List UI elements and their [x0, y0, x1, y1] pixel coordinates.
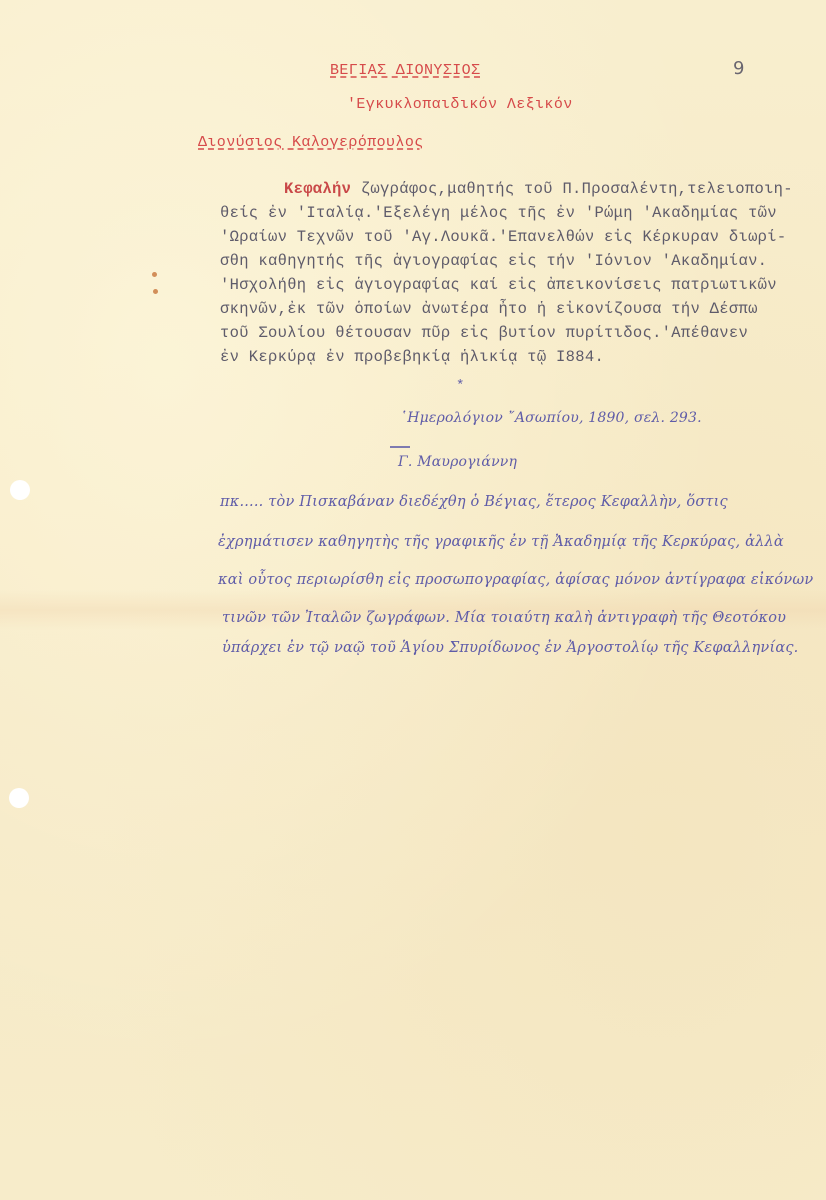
typed-line: Κεφαλήν ζωγράφος,μαθητής τοῦ Π.Προσαλέντ… — [284, 180, 793, 198]
line-text: ζωγράφος,μαθητής τοῦ Π.Προσαλέντη,τελειο… — [351, 180, 793, 198]
source-heading: 'Εγκυκλοπαιδικόν Λεξικόν — [347, 96, 573, 113]
subject-name: Διονύσιος Καλογερόπουλος — [198, 134, 424, 151]
handwritten-line: καὶ οὗτος περιωρίσθη εἰς προσωπογραφίας,… — [218, 572, 813, 588]
typed-line: 'Ωραίων Τεχνῶν τοῦ 'Αγ.Λουκᾶ.'Επανελθών … — [220, 228, 787, 246]
page-number: 9 — [733, 58, 744, 79]
separator-asterisk: * — [456, 378, 464, 394]
rust-stain-dot — [153, 289, 158, 294]
document-page: ΒΕΓΙΑΣ ΔΙΟΝΥΣΙΟΣ 9 'Εγκυκλοπαιδικόν Λεξι… — [0, 0, 826, 1200]
highlighted-word: Κεφαλήν — [284, 180, 351, 198]
handwritten-line: πκ..... τὸν Πισκαβάναν διεδέχθη ὁ Βέγιας… — [220, 494, 728, 510]
typed-line: ἐν Κερκύρᾳ ἐν προβεβηκίᾳ ἡλικίᾳ τῷ I884. — [220, 348, 604, 366]
rust-stain-dot — [152, 272, 157, 277]
citation-author: Γ. Μαυρογιάννη — [398, 454, 517, 470]
handwritten-line: ἐχρημάτισεν καθηγητὴς τῆς γραφικῆς ἐν τῇ… — [218, 534, 784, 550]
typed-line: σκηνῶν,ἐκ τῶν ὁποίων ἀνωτέρα ἦτο ἡ εἰκον… — [220, 300, 758, 318]
author-heading: ΒΕΓΙΑΣ ΔΙΟΝΥΣΙΟΣ — [330, 62, 480, 79]
punch-hole-bottom — [9, 788, 29, 808]
handwritten-line: ὑπάρχει ἐν τῷ ναῷ τοῦ Ἁγίου Σπυρίδωνος ἐ… — [222, 640, 798, 656]
handwritten-line: τινῶν τῶν Ἰταλῶν ζωγράφων. Μία τοιαύτη κ… — [222, 610, 786, 626]
typed-line: τοῦ Σουλίου θέτουσαν πῦρ εἰς βυτίον πυρί… — [220, 324, 748, 342]
citation-reference: ῾Ημερολόγιον ῎Ασωπίου, 1890, σελ. 293. — [400, 410, 702, 426]
typed-line: σθη καθηγητής τῆς ἁγιογραφίας εἰς τήν 'Ι… — [220, 252, 767, 270]
citation-dash — [390, 446, 410, 448]
punch-hole-top — [10, 480, 30, 500]
typed-line: θείς ἐν 'Ιταλίᾳ.'Εξελέγη μέλος τῆς ἐν 'Ρ… — [220, 204, 777, 222]
typed-line: 'Ησχολήθη εἰς ἁγιογραφίας καί εἰς ἀπεικο… — [220, 276, 777, 294]
